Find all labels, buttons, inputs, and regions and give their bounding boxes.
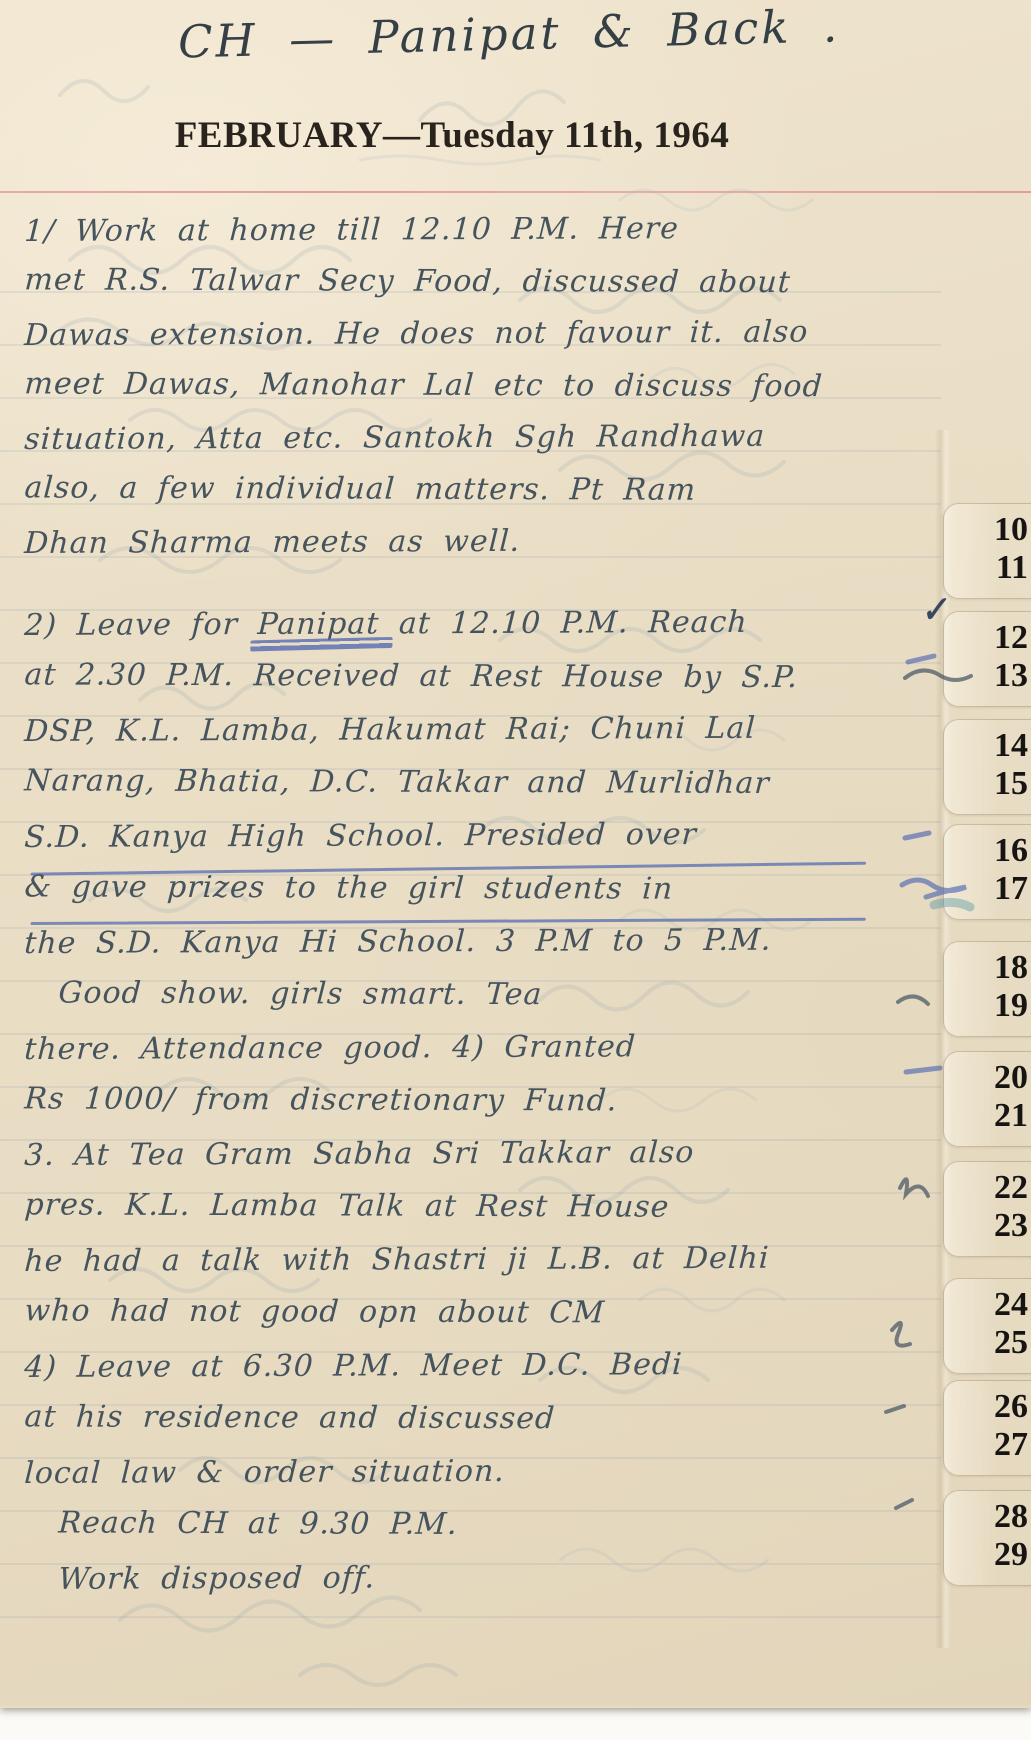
- tab-number: 13: [944, 657, 1031, 695]
- tab-number: 19: [944, 987, 1031, 1025]
- entry-line-underlined: S.D. Kanya High School. Presided over: [23, 816, 946, 873]
- entry-paragraph-2: 2) Leave for Panipat at 12.10 P.M. Reach…: [24, 606, 944, 1613]
- tab-number: 11: [944, 549, 1031, 587]
- date-tab-16-17: 16 17: [943, 824, 1031, 920]
- printed-date-header: FEBRUARY—Tuesday 11th, 1964: [0, 114, 904, 157]
- entry-line: situation, Atta etc. Santokh Sgh Randhaw…: [23, 418, 946, 474]
- tab-number: 18: [944, 949, 1031, 987]
- entry-line: meet Dawas, Manohar Lal etc to discuss f…: [23, 366, 946, 421]
- entry-line-text: S.D. Kanya High School. Presided over: [23, 817, 697, 855]
- tab-number: 22: [944, 1169, 1031, 1207]
- tab-number: 15: [944, 765, 1031, 803]
- tab-number: 29: [944, 1536, 1031, 1574]
- date-tab-18-19: 18 19: [943, 941, 1031, 1037]
- entry-line-text: local law & order situation.: [23, 1454, 505, 1491]
- entry-line-text: 1/ Work at home till 12.10 P.M. Here: [23, 211, 679, 249]
- date-tab-22-23: 22 23: [943, 1161, 1031, 1257]
- entry-line-text: meet Dawas, Manohar Lal etc to discuss f…: [24, 366, 824, 404]
- tab-number: 26: [944, 1388, 1031, 1426]
- date-tab-12-13: 12 13: [943, 611, 1031, 707]
- date-tab-28-29: 28 29: [943, 1490, 1031, 1586]
- entry-paragraph-1: 1/ Work at home till 12.10 P.M. Here met…: [24, 212, 944, 576]
- tab-number: 21: [944, 1097, 1031, 1135]
- entry-line-text: DSP, K.L. Lamba, Hakumat Rai; Chuni Lal: [23, 711, 756, 749]
- entry-line-text: at 12.10 P.M. Reach: [379, 605, 749, 642]
- page-bottom-edge: [0, 1704, 1031, 1740]
- entry-line-text: pres. K.L. Lamba Talk at Rest House: [24, 1187, 671, 1224]
- tab-number: 16: [944, 832, 1031, 870]
- tab-number: 25: [944, 1324, 1031, 1362]
- tab-number: 17: [944, 870, 1031, 908]
- date-tab-26-27: 26 27: [943, 1380, 1031, 1476]
- entry-line: at his residence and discussed: [23, 1399, 946, 1455]
- entry-line: at 2.30 P.M. Received at Rest House by S…: [23, 657, 946, 713]
- tab-number: 14: [944, 727, 1031, 765]
- diary-page: CH — Panipat & Back . FEBRUARY—Tuesday 1…: [0, 0, 1031, 1708]
- entry-line: Narang, Bhatia, D.C. Takkar and Murlidha…: [23, 763, 946, 819]
- underlined-word-panipat: Panipat: [257, 606, 381, 642]
- entry-line: Reach CH at 9.30 P.M.: [23, 1505, 946, 1561]
- entry-line: 2) Leave for Panipat at 12.10 P.M. Reach: [23, 604, 946, 661]
- entry-line-text: at 2.30 P.M. Received at Rest House by S…: [24, 657, 799, 695]
- entry-line-text: Work disposed off.: [57, 1560, 376, 1596]
- tab-number: 23: [944, 1207, 1031, 1245]
- entry-line: met R.S. Talwar Secy Food, discussed abo…: [23, 262, 946, 317]
- date-tab-20-21: 20 21: [943, 1051, 1031, 1147]
- entry-line-text: Good show. girls smart. Tea: [58, 976, 544, 1013]
- tab-number: 24: [944, 1286, 1031, 1324]
- entry-line: Good show. girls smart. Tea: [23, 975, 946, 1031]
- date-tab-10-11: 10 11: [943, 503, 1031, 599]
- tab-number: 20: [944, 1059, 1031, 1097]
- date-tab-24-25: 24 25: [943, 1278, 1031, 1374]
- date-tab-14-15: 14 15: [943, 719, 1031, 815]
- entry-line: Work disposed off.: [23, 1558, 946, 1615]
- page-heading-text: CH — Panipat & Back .: [177, 0, 840, 69]
- checkmark-annotation: ✓: [917, 588, 950, 630]
- entry-line-text: who had not good opn about CM: [24, 1293, 606, 1330]
- entry-line-text: there. Attendance good. 4) Granted: [23, 1029, 636, 1067]
- entry-line-text: situation, Atta etc. Santokh Sgh Randhaw…: [23, 419, 766, 457]
- tab-number: 12: [944, 619, 1031, 657]
- entry-line-text: he had a talk with Shastri ji L.B. at De…: [23, 1241, 770, 1279]
- entry-line: he had a talk with Shastri ji L.B. at De…: [23, 1240, 946, 1297]
- entry-line: pres. K.L. Lamba Talk at Rest House: [23, 1187, 946, 1243]
- entry-line: local law & order situation.: [23, 1452, 946, 1509]
- entry-line-text: 4) Leave at 6.30 P.M. Meet D.C. Bedi: [23, 1347, 683, 1385]
- entry-line-text: Narang, Bhatia, D.C. Takkar and Murlidha…: [24, 763, 771, 801]
- entry-line-text: at his residence and discussed: [24, 1399, 557, 1436]
- entry-line-text: the S.D. Kanya Hi School. 3 P.M to 5 P.M…: [23, 923, 772, 961]
- diary-entry: 1/ Work at home till 12.10 P.M. Here met…: [24, 212, 944, 1613]
- entry-line-text: Dawas extension. He does not favour it. …: [23, 315, 809, 353]
- entry-line: Dhan Sharma meets as well.: [23, 522, 946, 578]
- entry-line-text: 2) Leave for: [23, 607, 258, 643]
- entry-line: also, a few individual matters. Pt Ram: [23, 470, 946, 525]
- entry-line: who had not good opn about CM: [23, 1293, 946, 1349]
- entry-line-text: Dhan Sharma meets as well.: [23, 524, 521, 561]
- entry-line: Dawas extension. He does not favour it. …: [23, 314, 946, 370]
- entry-line: 1/ Work at home till 12.10 P.M. Here: [23, 210, 946, 266]
- tab-number: 27: [944, 1426, 1031, 1464]
- entry-line: 4) Leave at 6.30 P.M. Meet D.C. Bedi: [23, 1346, 946, 1403]
- entry-line-underlined: & gave prizes to the girl students in: [23, 869, 946, 925]
- entry-line-text: Reach CH at 9.30 P.M.: [58, 1506, 459, 1542]
- tab-number: 28: [944, 1498, 1031, 1536]
- entry-line: the S.D. Kanya Hi School. 3 P.M to 5 P.M…: [23, 922, 946, 979]
- entry-line-text: met R.S. Talwar Secy Food, discussed abo…: [24, 262, 792, 300]
- entry-line: DSP, K.L. Lamba, Hakumat Rai; Chuni Lal: [23, 710, 946, 767]
- entry-line-text: & gave prizes to the girl students in: [24, 869, 675, 906]
- header-rule: [0, 191, 1031, 193]
- tab-number: 10: [944, 511, 1031, 549]
- entry-line-text: Rs 1000/ from discretionary Fund.: [24, 1081, 619, 1118]
- entry-line: Rs 1000/ from discretionary Fund.: [23, 1081, 946, 1137]
- page-heading-handwritten: CH — Panipat & Back .: [177, 0, 958, 69]
- entry-line-text: also, a few individual matters. Pt Ram: [24, 470, 698, 507]
- entry-line: 3. At Tea Gram Sabha Sri Takkar also: [23, 1134, 946, 1191]
- date-tab-column: 10 11 12 13 14 15 16 17 18 19 20 21 22 2…: [943, 0, 1031, 1740]
- entry-line: there. Attendance good. 4) Granted: [23, 1028, 946, 1085]
- entry-line-text: 3. At Tea Gram Sabha Sri Takkar also: [23, 1135, 695, 1173]
